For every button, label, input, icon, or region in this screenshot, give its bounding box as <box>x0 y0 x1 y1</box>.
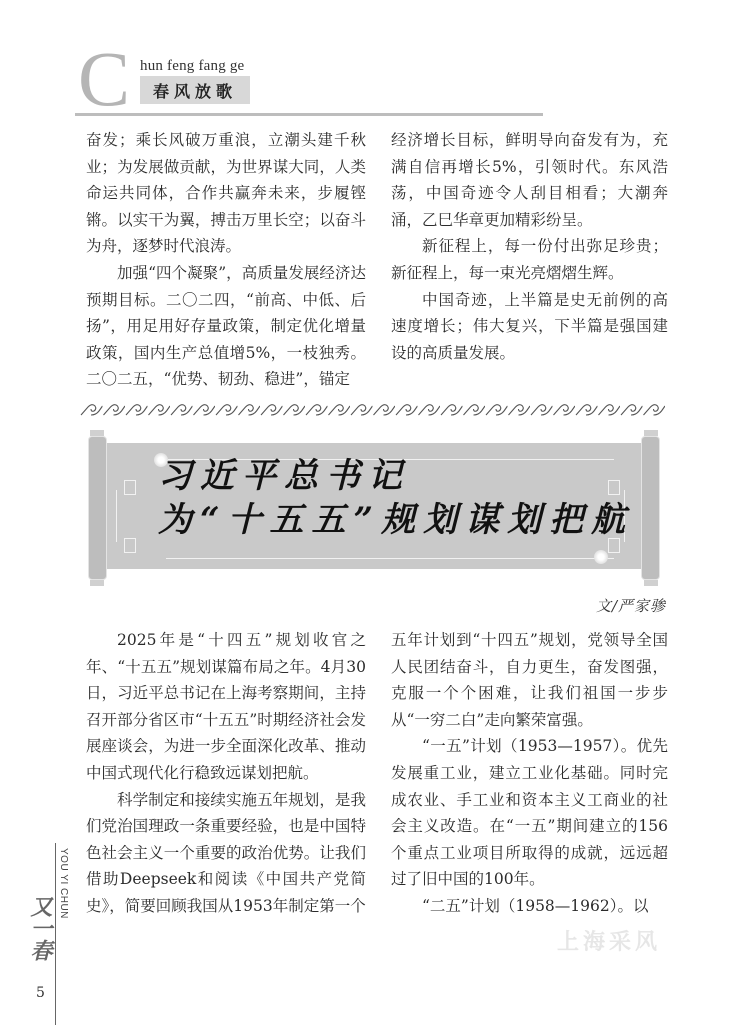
wave-border-ornament <box>80 402 665 418</box>
section-title: 春风放歌 <box>153 79 237 102</box>
plum-flower-ornament <box>594 550 608 564</box>
roller-cap <box>644 580 658 586</box>
roller-cap <box>644 430 658 436</box>
frame-box <box>124 538 136 553</box>
paragraph: 2025年是“十四五”规划收官之年、“十五五”规划谋篇布局之年。4月30日，习近… <box>86 627 366 787</box>
page-number: 5 <box>36 985 45 1001</box>
section-title-box: 春风放歌 <box>140 76 250 104</box>
title-scroll-banner: 习近平总书记 为“十五五”规划谋划把航 <box>88 428 660 588</box>
frame-box <box>124 480 136 495</box>
paragraph: 经济增长目标，鲜明导向奋发有为，充满自信再增长5%，引领时代。东风浩荡，中国奇迹… <box>391 127 668 233</box>
paragraph: 加强“四个凝聚”，高质量发展经济达预期目标。二〇二四，“前高、中低、后扬”，用足… <box>86 260 366 393</box>
paragraph: “一五”计划（1953—1957）。优先发展重工业，建立工业化基础。同时完成农业… <box>391 733 668 893</box>
paragraph: “二五”计划（1958—1962）。以 <box>391 893 668 920</box>
magazine-pinyin: YOU YI CHUN <box>58 848 69 919</box>
frame-line <box>116 490 117 542</box>
article-title-line1: 习近平总书记 <box>158 454 633 498</box>
bottom-left-column: 2025年是“十四五”规划收官之年、“十五五”规划谋篇布局之年。4月30日，习近… <box>86 627 366 920</box>
top-right-column: 经济增长目标，鲜明导向奋发有为，充满自信再增长5%，引领时代。东风浩荡，中国奇迹… <box>391 127 668 366</box>
header-divider <box>75 113 543 116</box>
article-title-line2: 为“十五五”规划谋划把航 <box>158 498 633 542</box>
paragraph: 五年计划到“十四五”规划，党领导全国人民团结奋斗，自力更生，奋发图强，克服一个个… <box>391 627 668 733</box>
section-pinyin: hun feng fang ge <box>140 58 244 75</box>
roller-cap <box>90 430 104 436</box>
paragraph: 中国奇迹，上半篇是史无前例的高速度增长；伟大复兴，下半篇是强国建设的高质量发展。 <box>391 287 668 367</box>
top-left-column: 奋发；乘长风破万重浪，立潮头建千秋业；为发展做贡献，为世界谋大同，人类命运共同体… <box>86 127 366 393</box>
paragraph: 奋发；乘长风破万重浪，立潮头建千秋业；为发展做贡献，为世界谋大同，人类命运共同体… <box>86 127 366 260</box>
side-divider-line <box>55 843 56 1025</box>
scroll-roller-left <box>88 436 107 580</box>
paragraph: 科学制定和接续实施五年规划，是我们党治国理政一条重要经验，也是中国特色社会主义一… <box>86 787 366 920</box>
roller-cap <box>90 580 104 586</box>
watermark: 上海采风 <box>557 925 661 956</box>
author-byline: 文/严家骖 <box>596 595 666 616</box>
scroll-roller-right <box>641 436 660 580</box>
bottom-right-column: 五年计划到“十四五”规划，党领导全国人民团结奋斗，自力更生，奋发图强，克服一个个… <box>391 627 668 920</box>
section-initial-letter: C <box>78 40 130 118</box>
paragraph: 新征程上，每一份付出弥足珍贵；新征程上，每一束光亮熠熠生辉。 <box>391 233 668 286</box>
frame-line <box>166 558 614 559</box>
article-title: 习近平总书记 为“十五五”规划谋划把航 <box>158 454 633 542</box>
magazine-name: 又一春 <box>26 895 54 961</box>
